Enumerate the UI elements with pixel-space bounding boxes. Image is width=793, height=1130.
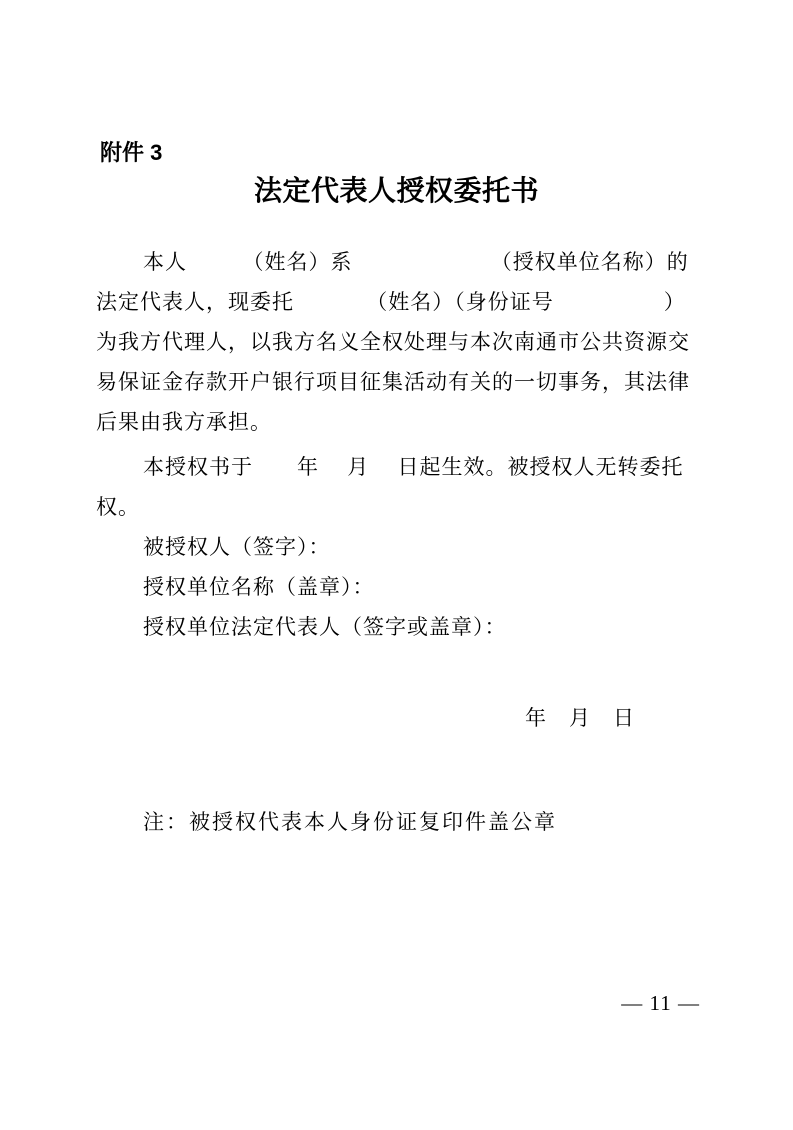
signature-line-authorized-person: 被授权人（签字）： — [96, 527, 701, 567]
paragraph1-line-4: 易保证金存款开户银行项目征集活动有关的一切事务，其法律 — [96, 362, 701, 402]
paragraph2-line-1: 本授权书于 年 月 日起生效。被授权人无转委托 — [96, 447, 701, 487]
signature-line-legal-representative: 授权单位法定代表人（签字或盖章）： — [96, 607, 701, 647]
paragraph1-line-2: 法定代表人，现委托 （姓名）（身份证号 ） — [96, 282, 701, 322]
note-line: 注：被授权代表本人身份证复印件盖公章 — [96, 802, 701, 842]
paragraph1-line-5: 后果由我方承担。 — [96, 402, 701, 442]
signature-line-unit-name: 授权单位名称（盖章）： — [96, 567, 701, 607]
document-title: 法定代表人授权委托书 — [0, 172, 793, 212]
paragraph2-line-2: 权。 — [96, 487, 701, 527]
paragraph1-line-1: 本人 （姓名）系 （授权单位名称）的 — [96, 242, 701, 282]
document-page: 附件 3 法定代表人授权委托书 本人 （姓名）系 （授权单位名称）的 法定代表人… — [0, 0, 793, 1130]
document-body: 本人 （姓名）系 （授权单位名称）的 法定代表人，现委托 （姓名）（身份证号 ）… — [96, 242, 701, 842]
paragraph-authorization: 本人 （姓名）系 （授权单位名称）的 法定代表人，现委托 （姓名）（身份证号 ）… — [96, 242, 701, 442]
page-number: — 11 — — [621, 988, 700, 1018]
paragraph1-line-3: 为我方代理人，以我方名义全权处理与本次南通市公共资源交 — [96, 322, 701, 362]
paragraph-effective-date: 本授权书于 年 月 日起生效。被授权人无转委托 权。 — [96, 447, 701, 527]
attachment-label: 附件 3 — [100, 140, 793, 166]
date-line: 年 月 日 — [96, 698, 701, 738]
